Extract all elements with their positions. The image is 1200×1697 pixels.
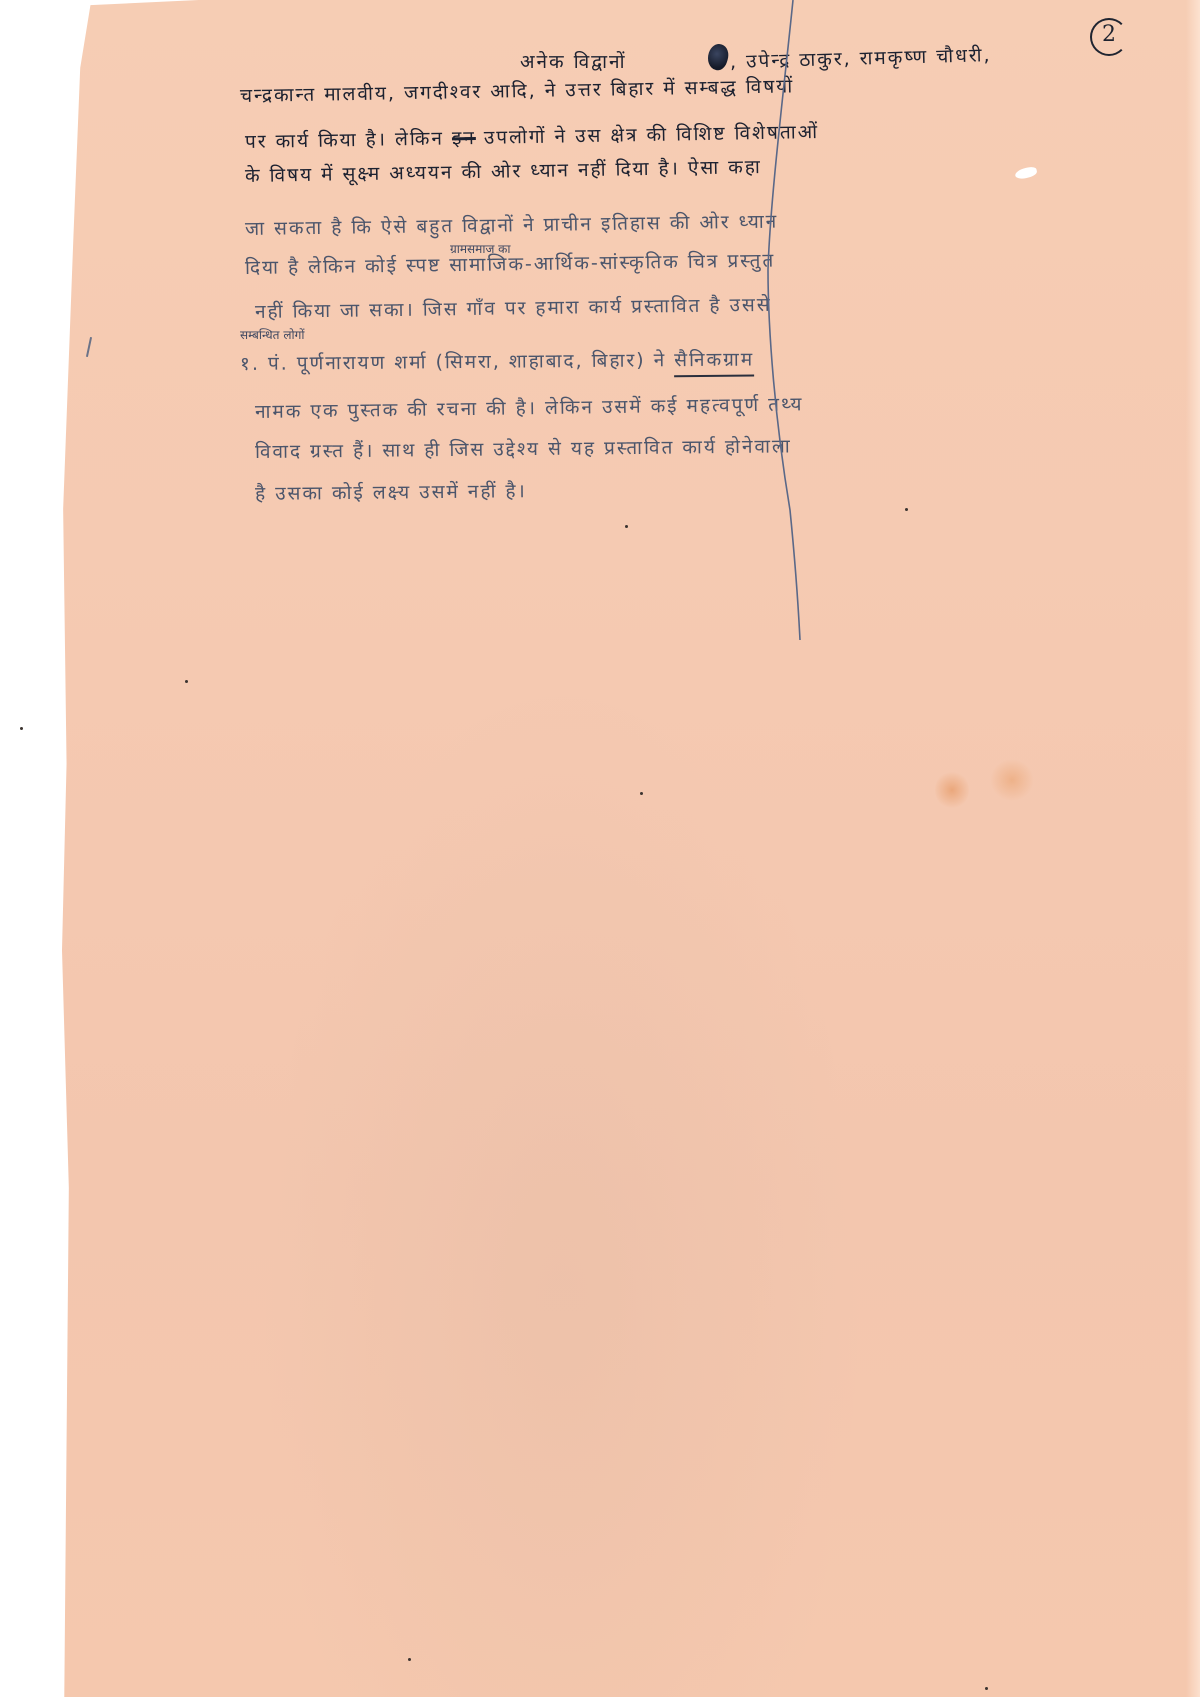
paper-speck [640, 792, 643, 795]
paper-speck [185, 680, 188, 683]
interlinear-insertion-2: सम्बन्धित लोगों [240, 326, 304, 343]
paper-speck [905, 508, 908, 511]
manuscript-line-8: १. पं. पूर्णनारायण शर्मा (सिमरा, शाहाबाद… [240, 346, 754, 376]
margin-pencil-mark [86, 337, 92, 357]
manuscript-line-4: के विषय में सूक्ष्म अध्ययन की ओर ध्यान न… [245, 153, 762, 188]
paper-stain [935, 770, 969, 810]
manuscript-line-6: दिया है लेकिन कोई स्पष्ट सामाजिक-आर्थिक-… [245, 247, 776, 280]
line-8-text: १. पं. पूर्णनारायण शर्मा (सिमरा, शाहाबाद… [240, 349, 674, 375]
manuscript-line-10: विवाद ग्रस्त हैं। साथ ही जिस उद्देश्य से… [255, 432, 792, 464]
line-7-text: नहीं किया जा सका। जिस गाँव पर हमारा कार्… [255, 294, 772, 323]
manuscript-line-7: नहीं किया जा सका। जिस गाँव पर हमारा कार्… [255, 291, 772, 324]
manuscript-line-2: चन्द्रकान्त मालवीय, जगदीश्वर आदि, ने उत्… [240, 72, 795, 108]
line-6-text: दिया है लेकिन कोई स्पष्ट सामाजिक-आर्थिक-… [245, 250, 776, 279]
line-10-text: विवाद ग्रस्त हैं। साथ ही जिस उद्देश्य से… [255, 435, 792, 463]
paper-speck [20, 727, 23, 730]
manuscript-line-11: है उसका कोई लक्ष्य उसमें नहीं है। [255, 477, 527, 506]
manuscript-line-9: नामक एक पुस्तक की रचना की है। लेकिन उसमे… [255, 390, 804, 424]
line-4-text: के विषय में सूक्ष्म अध्ययन की ओर ध्यान न… [245, 156, 762, 187]
paper-speck [625, 525, 628, 528]
line-1-continued-text: , उपेन्द्र ठाकुर, रामकृष्ण चौधरी, [730, 44, 992, 73]
line-2-text: चन्द्रकान्त मालवीय, जगदीश्वर आदि, ने उत्… [240, 75, 795, 107]
paper-speck [408, 1658, 411, 1661]
manuscript-line-1-continued: , उपेन्द्र ठाकुर, रामकृष्ण चौधरी, [730, 41, 992, 74]
struck-out-word: इन [452, 127, 476, 149]
line-9-text: नामक एक पुस्तक की रचना की है। लेकिन उसमे… [255, 393, 804, 423]
line-3-text-b: उपलोगों ने उस क्षेत्र की विशिष्ट विशेषता… [476, 121, 820, 149]
manuscript-line-1: अनेक विद्वानों [520, 48, 627, 74]
ink-blot [704, 42, 731, 73]
line-11-text: है उसका कोई लक्ष्य उसमें नहीं है। [255, 480, 527, 505]
manuscript-line-3: पर कार्य किया है। लेकिन इन उपलोगों ने उस… [245, 118, 820, 154]
underlined-book-title: सैनिकग्राम [674, 349, 754, 378]
manuscript-line-5: जा सकता है कि ऐसे बहुत विद्वानों ने प्रा… [245, 208, 779, 241]
manuscript-text-block: अनेक विद्वानों , उपेन्द्र ठाकुर, रामकृष्… [0, 0, 1200, 700]
line-3-text-a: पर कार्य किया है। लेकिन [245, 127, 452, 153]
paper-speck [985, 1687, 988, 1690]
paper-hole [1014, 166, 1038, 180]
line-1-text: अनेक विद्वानों [520, 51, 627, 73]
line-5-text: जा सकता है कि ऐसे बहुत विद्वानों ने प्रा… [245, 211, 779, 240]
